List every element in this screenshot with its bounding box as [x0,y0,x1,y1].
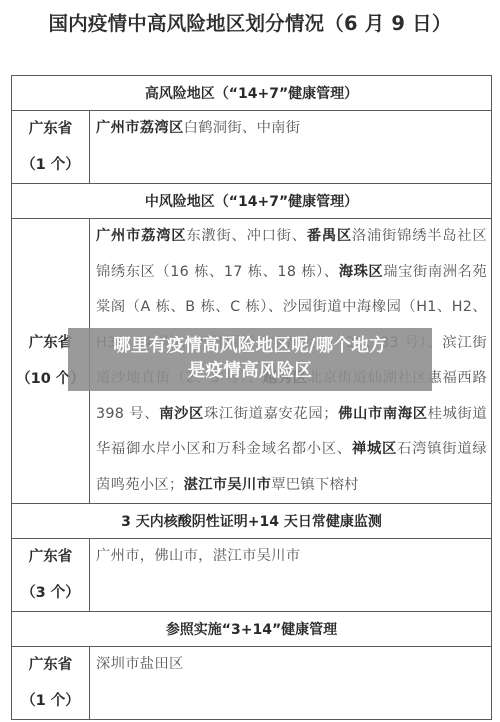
district-name: 广州市荔湾区 [96,228,186,244]
area-list: 广州市荔湾区白鹤洞街、中南街 [90,111,492,184]
district-name: 禅城区 [352,441,397,457]
district-name: 番禺区 [307,228,352,244]
area-text: 白鹤洞街、中南街 [184,120,301,136]
area-text: 东漖街、冲口街、 [186,228,306,244]
province-name: 广东省 [12,539,89,575]
district-name: 南沙区 [159,406,204,422]
caption-line-2: 是疫情高风险区 [68,359,432,384]
section-header-nucleic-test: 3 天内核酸阴性证明+14 天日常健康监测 [12,504,492,539]
area-list: 深圳市盐田区 [90,647,492,720]
section-header-3plus14: 参照实施“3+14”健康管理 [12,612,492,647]
district-name: 湛江市吴川市 [184,477,272,493]
caption-line-1: 哪里有疫情高风险地区呢/哪个地方 [68,334,432,359]
section-header-high-risk: 高风险地区（“14+7”健康管理） [12,76,492,111]
province-name: 广东省 [12,647,89,683]
district-name: 佛山市南海区 [338,406,428,422]
province-cell: 广东省 （1 个） [12,647,90,720]
province-count: （3 个） [12,575,89,611]
section-header-medium-risk: 中风险地区（“14+7”健康管理） [12,184,492,219]
risk-area-table: 高风险地区（“14+7”健康管理） 广东省 （1 个） 广州市荔湾区白鹤洞街、中… [11,75,492,720]
page-title: 国内疫情中高风险地区划分情况（6 月 9 日） [0,8,500,36]
caption-overlay: 哪里有疫情高风险地区呢/哪个地方 是疫情高风险区 [68,328,432,391]
area-list: 广州市，佛山市，湛江市吴川市 [90,539,492,612]
district-name: 海珠区 [339,264,384,280]
area-text: 深圳市盐田区 [96,656,184,672]
province-name: 广东省 [12,111,89,147]
area-text: 覃巴镇下榕村 [271,477,359,493]
province-count: （1 个） [12,147,89,183]
area-text: 广州市，佛山市，湛江市吴川市 [96,548,300,564]
area-text: 珠江街道嘉安花园； [204,406,338,422]
province-cell: 广东省 （1 个） [12,111,90,184]
province-count: （1 个） [12,683,89,719]
province-cell: 广东省 （3 个） [12,539,90,612]
district-name: 广州市荔湾区 [96,120,184,136]
